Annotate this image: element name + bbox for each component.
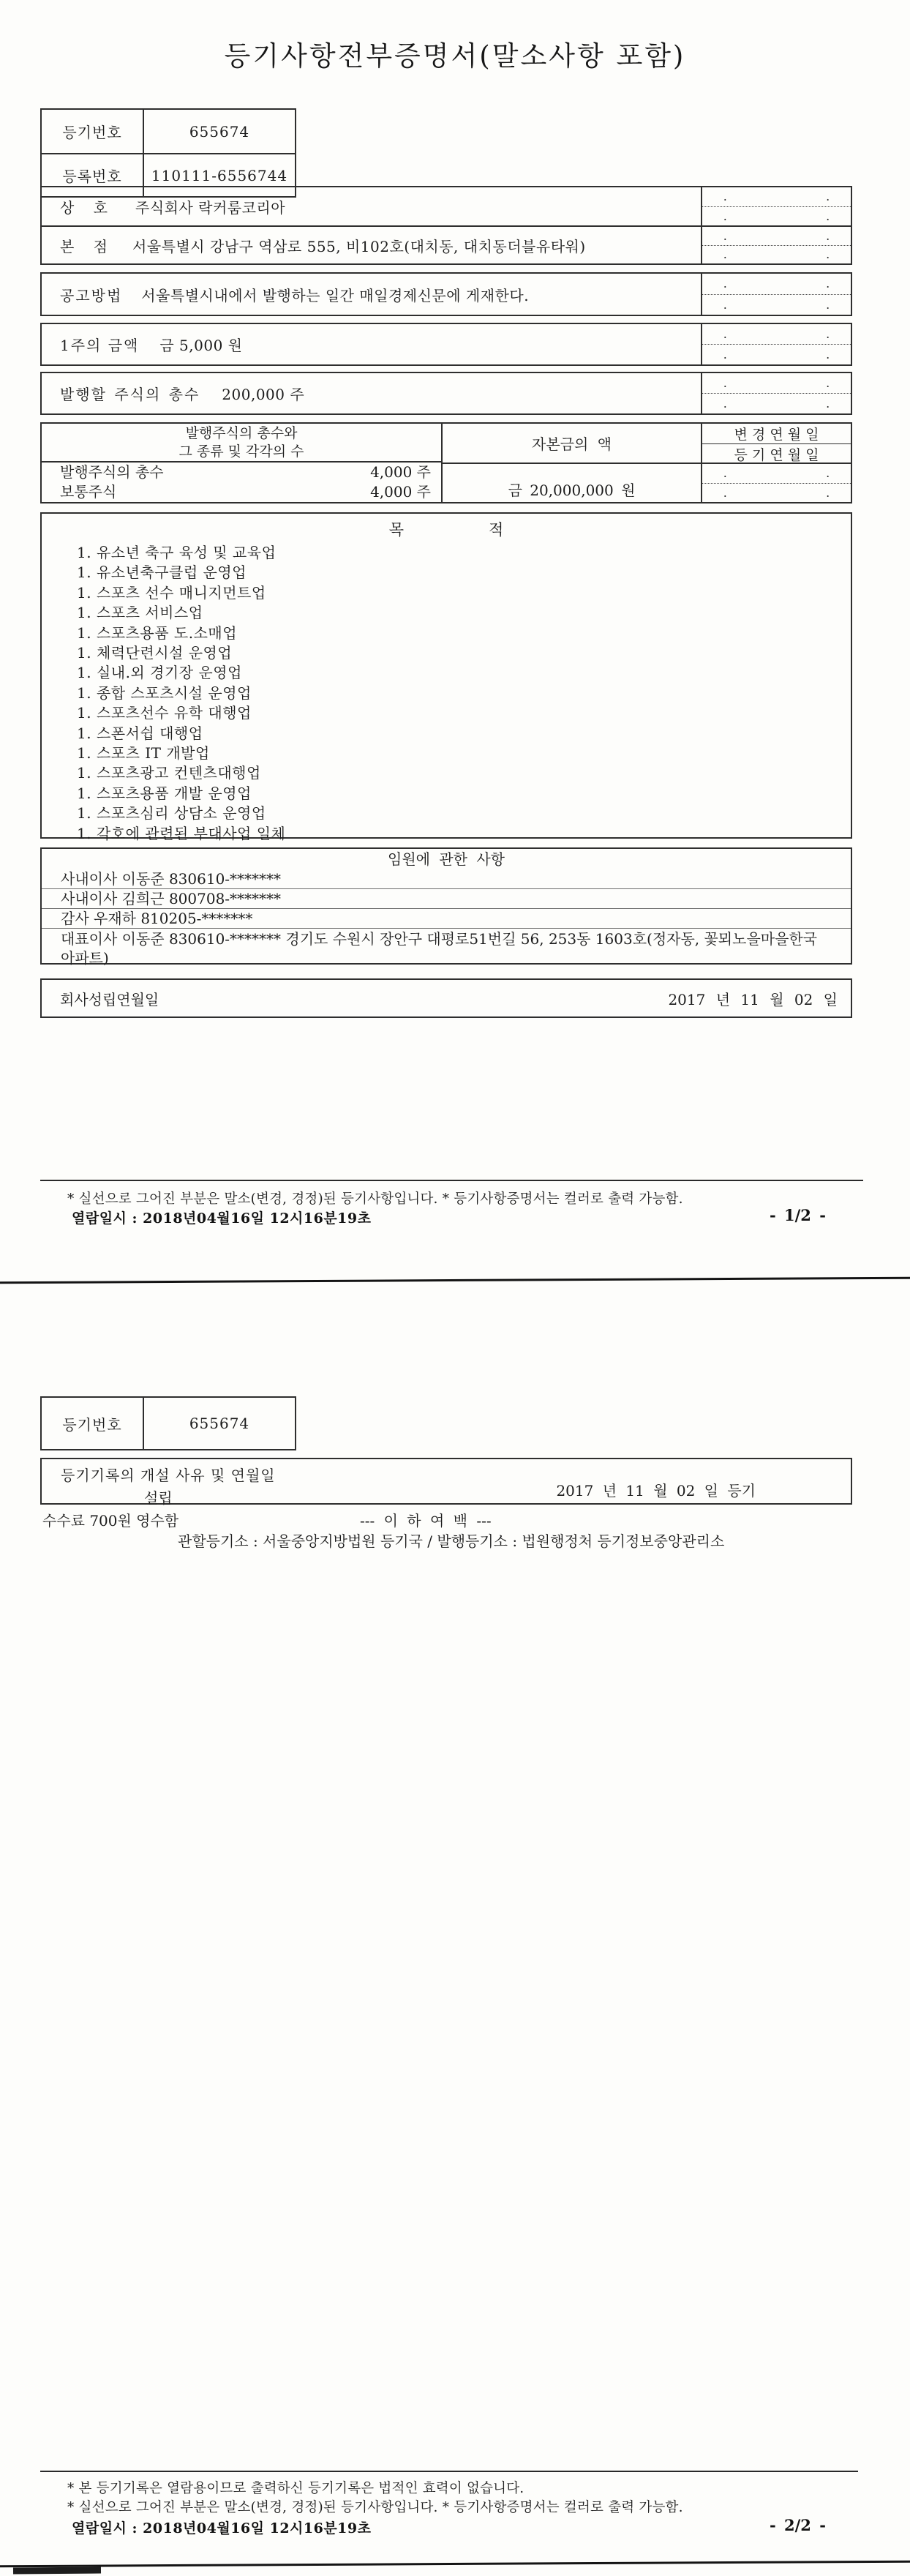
date-placeholder: . . — [723, 229, 830, 243]
purpose-item: 1. 스포츠심리 상담소 운영업 — [77, 804, 851, 823]
authorized-shares-cell: 발행할 주식의 총수 200,000 주 — [42, 373, 702, 413]
purpose-item: 1. 스포츠 IT 개발업 — [77, 744, 851, 763]
purpose-header-left: 목 — [389, 518, 404, 540]
purpose-item: 1. 스포츠 서비스업 — [77, 603, 851, 623]
issued-shares-header: 발행주식의 총수와 그 종류 및 각각의 수 — [42, 424, 441, 463]
registration-number-value: 655674 — [144, 110, 295, 153]
authorized-shares-row: 발행할 주식의 총수 200,000 주 . . . . — [42, 373, 851, 413]
incorporation-date-row: 회사성립연월일 2017 년 11 월 02 일 — [42, 980, 851, 1016]
registration-number-value: 655674 — [144, 1398, 295, 1449]
record-open-table: 등기기록의 개설 사유 및 연월일 설립 2017 년 11 월 02 일 등기 — [40, 1458, 852, 1505]
purpose-item: 1. 유소년축구클럽 운영업 — [77, 563, 851, 583]
purpose-item: 1. 스포츠선수 유학 대행업 — [77, 703, 851, 723]
company-name-row: 상 호 주식회사 락커룸코리아 . . . . — [42, 187, 851, 225]
issued-shares-body: 발행주식의 총수 4,000 주 보통주식 4,000 주 — [42, 463, 441, 502]
purpose-item: 1. 스포츠 선수 매니지먼트업 — [77, 583, 851, 603]
company-name-cell: 상 호 주식회사 락커룸코리아 — [42, 187, 702, 225]
notice-method-table: 공고방법 서울특별시내에서 발행하는 일간 매일경제신문에 게재한다. . . … — [40, 272, 852, 316]
date-placeholder: . . — [723, 190, 830, 203]
purpose-item: 1. 스폰서쉽 대행업 — [77, 724, 851, 744]
common-stock-value: 4,000 주 — [370, 482, 431, 502]
date-placeholder: . . — [723, 486, 830, 500]
change-date-cell: . . . . — [702, 324, 851, 364]
issued-shares-column: 발행주식의 총수와 그 종류 및 각각의 수 발행주식의 총수 4,000 주 … — [42, 424, 443, 502]
authorized-shares-value: 200,000 주 — [222, 383, 304, 404]
date-placeholder: . . — [723, 209, 830, 223]
purpose-list: 1. 유소년 축구 육성 및 교육업 1. 유소년축구클럽 운영업 1. 스포츠… — [42, 540, 851, 844]
record-open-date: 2017 년 11 월 02 일 등기 — [556, 1479, 756, 1500]
fee-received-text: 수수료 700원 영수함 — [42, 1509, 178, 1530]
incorporation-date-label: 회사성립연월일 — [60, 988, 159, 1009]
share-price-cell: 1주의 금액 금 5,000 원 — [42, 324, 702, 364]
change-date-cell: . . . . — [702, 274, 851, 315]
change-date-lower: . . — [702, 345, 851, 364]
purpose-item: 1. 유소년 축구 육성 및 교육업 — [77, 543, 851, 563]
date-placeholder: . . — [723, 376, 830, 390]
issued-shares-capital-table: 발행주식의 총수와 그 종류 및 각각의 수 발행주식의 총수 4,000 주 … — [40, 422, 852, 503]
registry-offices-text: 관할등기소 : 서울중앙지방법원 등기국 / 발행등기소 : 법원행정처 등기정… — [178, 1529, 724, 1551]
capital-column: 자본금의 액 금 20,000,000 원 — [443, 424, 702, 502]
share-price-label: 1주의 금액 — [60, 334, 139, 355]
company-name-label: 상 호 — [60, 196, 109, 217]
purpose-item: 1. 종합 스포츠시설 운영업 — [77, 684, 851, 703]
head-office-row: 본 점 서울특별시 강남구 역삼로 555, 비102호(대치동, 대치동더블유… — [42, 225, 851, 263]
registry-date-header: 등 기 연 월 일 — [702, 444, 851, 464]
purpose-item: 1. 각호에 관련된 부대사업 일체 — [77, 824, 851, 844]
page-number: - 2/2 - — [770, 2516, 826, 2534]
notice-method-row: 공고방법 서울특별시내에서 발행하는 일간 매일경제신문에 게재한다. . . … — [42, 274, 851, 315]
change-date-upper: . . — [702, 464, 851, 484]
issued-shares-header-line1: 발행주식의 총수와 — [186, 424, 298, 443]
change-date-cell: . . . . — [702, 187, 851, 225]
date-placeholder: . . — [723, 327, 830, 341]
view-timestamp: 열람일시 : 2018년04월16일 12시16분19초 — [72, 2517, 371, 2537]
view-timestamp: 열람일시 : 2018년04월16일 12시16분19초 — [72, 1207, 371, 1227]
change-date-header: 변 경 연 월 일 — [702, 424, 851, 444]
change-date-cell: . . . . — [702, 227, 851, 263]
date-placeholder: . . — [723, 466, 830, 480]
date-placeholder: . . — [723, 298, 830, 312]
issued-shares-header-line2: 그 종류 및 각각의 수 — [179, 443, 304, 461]
officers-table: 임원에 관한 사항 사내이사 이동준 830610-******* 사내이사 김… — [40, 847, 852, 965]
total-issued-row: 발행주식의 총수 4,000 주 — [42, 463, 441, 482]
footer-note: * 실선으로 그어진 부분은 말소(변경, 경정)된 등기사항입니다. * 등기… — [67, 1188, 683, 1207]
date-column-body: . . . . — [702, 464, 851, 502]
officer-row: 사내이사 김희근 800708-******* — [42, 889, 851, 909]
footer-note-legal: * 본 등기기록은 열람용이므로 출력하신 등기기록은 법적인 효력이 없습니다… — [67, 2478, 524, 2497]
footer-divider-line — [40, 2471, 858, 2472]
change-date-lower: . . — [702, 246, 851, 264]
incorporation-date-value: 2017 년 11 월 02 일 — [668, 988, 838, 1009]
date-placeholder: . . — [723, 397, 830, 411]
page-number: - 1/2 - — [770, 1206, 826, 1224]
purpose-header-right: 적 — [489, 518, 503, 540]
share-price-table: 1주의 금액 금 5,000 원 . . . . — [40, 323, 852, 366]
registration-number-table: 등기번호 655674 등록번호 110111-6556744 — [40, 108, 296, 198]
change-date-upper: . . — [702, 274, 851, 295]
share-price-value: 금 5,000 원 — [159, 334, 242, 355]
date-column: 변 경 연 월 일 등 기 연 월 일 . . . . — [702, 424, 851, 502]
scanned-certificate-document: 등기사항전부증명서(말소사항 포함) 등기번호 655674 등록번호 1101… — [0, 0, 910, 2576]
change-date-lower: . . — [702, 484, 851, 503]
authorized-shares-table: 발행할 주식의 총수 200,000 주 . . . . — [40, 372, 852, 415]
date-placeholder: . . — [723, 247, 830, 261]
change-date-upper: . . — [702, 324, 851, 345]
common-stock-label: 보통주식 — [60, 482, 116, 502]
change-date-upper: . . — [702, 373, 851, 394]
total-issued-value: 4,000 주 — [370, 463, 431, 482]
company-name-value: 주식회사 락커룸코리아 — [135, 196, 285, 217]
authorized-shares-label: 발행할 주식의 총수 — [60, 383, 200, 404]
company-office-table: 상 호 주식회사 락커룸코리아 . . . . 본 점 서울특별시 강남구 역삼… — [40, 186, 852, 265]
head-office-value: 서울특별시 강남구 역삼로 555, 비102호(대치동, 대치동더블유타워) — [132, 235, 586, 256]
change-date-lower: . . — [702, 295, 851, 315]
purpose-item: 1. 스포츠용품 개발 운영업 — [77, 784, 851, 804]
notice-method-value: 서울특별시내에서 발행하는 일간 매일경제신문에 게재한다. — [141, 284, 529, 305]
date-column-header: 변 경 연 월 일 등 기 연 월 일 — [702, 424, 851, 464]
registration-number-label: 등기번호 — [42, 110, 144, 153]
officers-header: 임원에 관한 사항 — [42, 849, 851, 869]
purpose-item: 1. 실내.외 경기장 운영업 — [77, 663, 851, 683]
end-of-record-text: --- 이 하 여 백 --- — [360, 1509, 492, 1530]
capital-value: 금 20,000,000 원 — [443, 464, 701, 502]
officer-row: 사내이사 이동준 830610-******* — [42, 869, 851, 889]
scan-artifact-mark — [13, 2566, 101, 2574]
registration-number-label: 등기번호 — [42, 1398, 144, 1449]
footer-note: * 실선으로 그어진 부분은 말소(변경, 경정)된 등기사항입니다. * 등기… — [67, 2497, 683, 2516]
business-purpose-table: 목 적 1. 유소년 축구 육성 및 교육업 1. 유소년축구클럽 운영업 1.… — [40, 512, 852, 839]
table-row: 등기번호 655674 — [42, 110, 295, 153]
incorporation-date-table: 회사성립연월일 2017 년 11 월 02 일 — [40, 978, 852, 1018]
change-date-cell: . . . . — [702, 373, 851, 413]
notice-method-label: 공고방법 — [60, 284, 122, 305]
scan-bottom-edge-line — [0, 2561, 910, 2568]
common-stock-row: 보통주식 4,000 주 — [42, 482, 441, 502]
registration-number-table-p2: 등기번호 655674 — [40, 1396, 296, 1450]
head-office-label: 본 점 — [60, 235, 109, 256]
table-row: 등기번호 655674 — [42, 1398, 295, 1449]
purpose-item: 1. 스포츠광고 컨텐츠대행업 — [77, 763, 851, 783]
change-date-lower: . . — [702, 394, 851, 413]
purpose-item: 1. 체력단련시설 운영업 — [77, 643, 851, 663]
page-title: 등기사항전부증명서(말소사항 포함) — [0, 34, 910, 73]
change-date-upper: . . — [702, 227, 851, 246]
notice-method-cell: 공고방법 서울특별시내에서 발행하는 일간 매일경제신문에 게재한다. — [42, 274, 702, 315]
footer-divider-line — [40, 1180, 863, 1181]
date-placeholder: . . — [723, 348, 830, 362]
officer-row-ceo: 대표이사 이동준 830610-******* 경기도 수원시 장안구 대평로5… — [42, 929, 851, 967]
change-date-upper: . . — [702, 187, 851, 207]
share-price-row: 1주의 금액 금 5,000 원 . . . . — [42, 324, 851, 364]
purpose-header: 목 적 — [42, 514, 851, 540]
change-date-lower: . . — [702, 207, 851, 226]
date-placeholder: . . — [723, 277, 830, 291]
total-issued-label: 발행주식의 총수 — [60, 463, 164, 482]
page-separator-line — [0, 1277, 910, 1284]
head-office-cell: 본 점 서울특별시 강남구 역삼로 555, 비102호(대치동, 대치동더블유… — [42, 227, 702, 263]
capital-header: 자본금의 액 — [443, 424, 701, 464]
officer-row: 감사 우재하 810205-******* — [42, 909, 851, 929]
purpose-item: 1. 스포츠용품 도.소매업 — [77, 624, 851, 643]
